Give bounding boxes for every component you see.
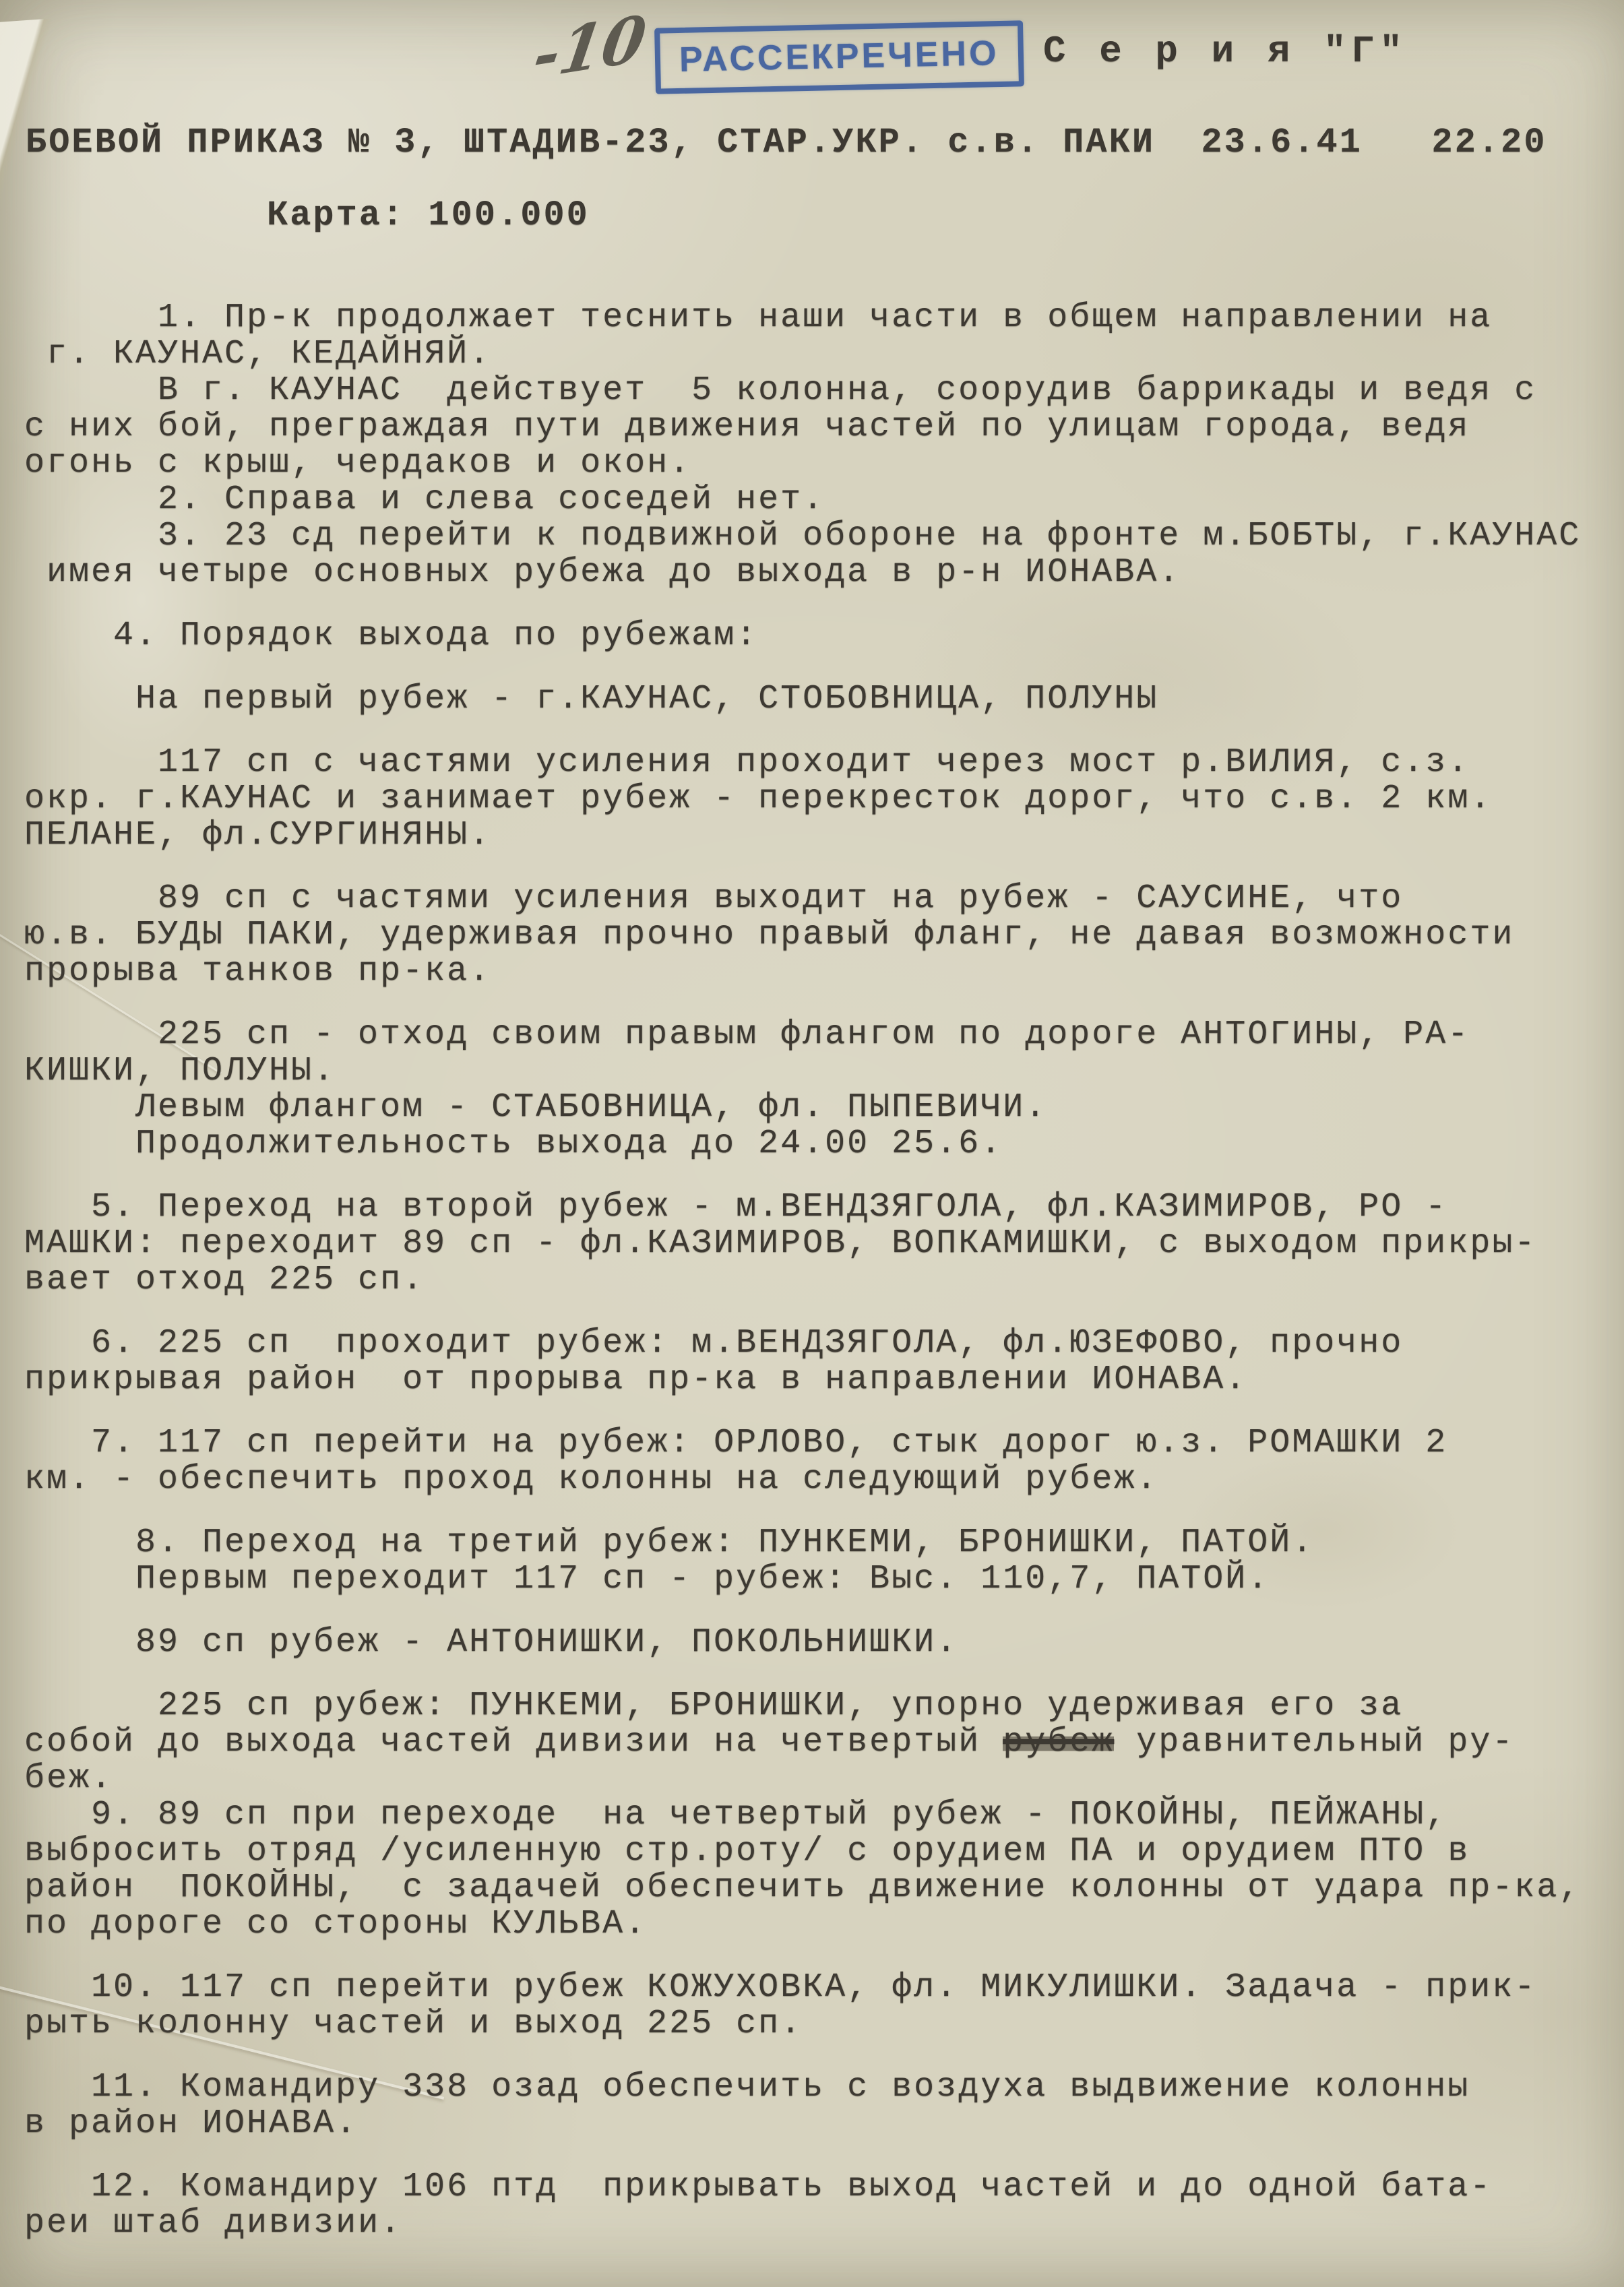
text-line: имея четыре основных рубежа до выхода в …	[24, 555, 1613, 591]
line-text: г. КАУНАС, КЕДАЙНЯЙ.	[46, 335, 491, 373]
line-text: выбросить отряд /усиленную стр.роту/ с о…	[24, 1832, 1470, 1871]
line-text: км. - обеспечить проход колонны на следу…	[24, 1460, 1158, 1499]
line-text: 9. 89 сп при переходе на четвертый рубеж…	[91, 1796, 1447, 1834]
line-text: Первым переходит 117 сп - рубеж: Выс. 11…	[135, 1560, 1270, 1598]
line-text: 225 сп рубеж: ПУНКЕМИ, БРОНИШКИ, упорно …	[158, 1687, 1403, 1725]
text-line: 3. 23 сд перейти к подвижной обороне на …	[24, 518, 1613, 555]
line-text: район ПОКОЙНЫ, с задачей обеспечить движ…	[24, 1869, 1581, 1907]
text-line: 225 сп рубеж: ПУНКЕМИ, БРОНИШКИ, упорно …	[24, 1688, 1613, 1724]
line-text: вает отход 225 сп.	[24, 1261, 425, 1299]
text-line: 5. Переход на второй рубеж - м.ВЕНДЗЯГОЛ…	[24, 1189, 1613, 1226]
text-line: огонь с крыш, чердаков и окон.	[24, 445, 1613, 482]
text-line: 9. 89 сп при переходе на четвертый рубеж…	[24, 1797, 1613, 1834]
line-text: 8. Переход на третий рубеж: ПУНКЕМИ, БРО…	[135, 1524, 1314, 1562]
line-text: На первый рубеж - г.КАУНАС, СТОБОВНИЦА, …	[135, 680, 1158, 718]
line-text: Продолжительность выхода до 24.00 25.6.	[135, 1125, 1003, 1163]
text-line: Первым переходит 117 сп - рубеж: Выс. 11…	[24, 1561, 1613, 1598]
line-text: имея четыре основных рубежа до выхода в …	[46, 553, 1181, 592]
text-line: 89 сп рубеж - АНТОНИШКИ, ПОКОЛЬНИШКИ.	[24, 1625, 1613, 1661]
text-line: 7. 117 сп перейти на рубеж: ОРЛОВО, стык…	[24, 1425, 1613, 1462]
declassified-stamp-label: РАССЕКРЕЧЕНО	[679, 34, 999, 80]
handwritten-page-number: -10	[528, 1, 651, 94]
text-line: вает отход 225 сп.	[24, 1262, 1613, 1298]
text-line: г. КАУНАС, КЕДАЙНЯЙ.	[24, 336, 1613, 373]
line-text: 2. Справа и слева соседей нет.	[158, 480, 825, 519]
text-line: прорыва танков пр-ка.	[24, 953, 1613, 990]
line-text: КИШКИ, ПОЛУНЫ.	[24, 1052, 336, 1090]
line-text: 5. Переход на второй рубеж - м.ВЕНДЗЯГОЛ…	[91, 1188, 1447, 1226]
line-text: 10. 117 сп перейти рубеж КОЖУХОВКА, фл. …	[91, 1968, 1536, 2007]
line-text: прикрывая район от прорыва пр-ка в напра…	[24, 1360, 1247, 1399]
torn-corner	[0, 17, 88, 226]
text-line: ПЕЛАНЕ, фл.СУРГИНЯНЫ.	[24, 817, 1613, 854]
series-label: С е р и я "Г"	[1043, 30, 1408, 73]
text-line: реи штаб дивизии.	[24, 2205, 1613, 2242]
line-text: 7. 117 сп перейти на рубеж: ОРЛОВО, стык…	[91, 1424, 1447, 1462]
line-text: 12. Командиру 106 птд прикрывать выход ч…	[91, 2168, 1492, 2206]
text-line: 89 сп с частями усиления выходит на рубе…	[24, 881, 1613, 917]
text-line: 10. 117 сп перейти рубеж КОЖУХОВКА, фл. …	[24, 1970, 1613, 2006]
line-text: 11. Командиру 338 озад обеспечить с возд…	[91, 2068, 1470, 2106]
text-line: район ПОКОЙНЫ, с задачей обеспечить движ…	[24, 1870, 1613, 1906]
line-text: реи штаб дивизии.	[24, 2204, 402, 2243]
text-line: 8. Переход на третий рубеж: ПУНКЕМИ, БРО…	[24, 1525, 1613, 1561]
line-text: ПЕЛАНЕ, фл.СУРГИНЯНЫ.	[24, 816, 491, 854]
text-line: 225 сп - отход своим правым флангом по д…	[24, 1017, 1613, 1053]
text-line: окр. г.КАУНАС и занимает рубеж - перекре…	[24, 781, 1613, 817]
text-line: 2. Справа и слева соседей нет.	[24, 482, 1613, 518]
text-line: в район ИОНАВА.	[24, 2106, 1613, 2142]
order-title: БОЕВОЙ ПРИКАЗ № 3, ШТАДИВ-23, СТАР.УКР. …	[26, 123, 1617, 162]
declassified-stamp: РАССЕКРЕЧЕНО	[654, 20, 1024, 94]
text-line: 11. Командиру 338 озад обеспечить с возд…	[24, 2069, 1613, 2106]
text-line: 4. Порядок выхода по рубежам:	[24, 618, 1613, 654]
line-text: уравнительный ру-	[1114, 1723, 1514, 1761]
text-line: с них бой, преграждая пути движения част…	[24, 409, 1613, 445]
text-line: 12. Командиру 106 птд прикрывать выход ч…	[24, 2169, 1613, 2205]
text-line: Левым флангом - СТАБОВНИЦА, фл. ПЫПЕВИЧИ…	[24, 1090, 1613, 1126]
line-text: прорыва танков пр-ка.	[24, 952, 491, 991]
line-text: В г. КАУНАС действует 5 колонна, сооруди…	[158, 371, 1536, 410]
text-line: 6. 225 сп проходит рубеж: м.ВЕНДЗЯГОЛА, …	[24, 1325, 1613, 1362]
line-text: МАШКИ: переходит 89 сп - фл.КАЗИМИРОВ, В…	[24, 1224, 1536, 1263]
line-text: собой до выхода частей дивизии на четвер…	[24, 1723, 1003, 1761]
text-line: беж.	[24, 1761, 1613, 1797]
text-line: МАШКИ: переходит 89 сп - фл.КАЗИМИРОВ, В…	[24, 1226, 1613, 1262]
line-text: Левым флангом - СТАБОВНИЦА, фл. ПЫПЕВИЧИ…	[135, 1088, 1047, 1127]
text-line: собой до выхода частей дивизии на четвер…	[24, 1724, 1613, 1761]
text-line: рыть колонну частей и выход 225 сп.	[24, 2006, 1613, 2042]
line-text: по дороге со стороны КУЛЬВА.	[24, 1905, 647, 1943]
struck-word: рубеж	[1003, 1723, 1114, 1761]
document-body: 1. Пр-к продолжает теснить наши части в …	[0, 300, 1624, 2242]
text-line: ю.в. БУДЫ ПАКИ, удерживая прочно правый …	[24, 917, 1613, 953]
line-text: рыть колонну частей и выход 225 сп.	[24, 2005, 803, 2043]
document-page: -10 РАССЕКРЕЧЕНО С е р и я "Г" БОЕВОЙ ПР…	[0, 0, 1624, 2287]
line-text: 225 сп - отход своим правым флангом по д…	[158, 1015, 1470, 1054]
line-text: 1. Пр-к продолжает теснить наши части в …	[158, 299, 1492, 337]
text-line: КИШКИ, ПОЛУНЫ.	[24, 1053, 1613, 1090]
text-line: 117 сп с частями усиления проходит через…	[24, 745, 1613, 781]
line-text: 89 сп с частями усиления выходит на рубе…	[158, 879, 1403, 918]
text-line: Продолжительность выхода до 24.00 25.6.	[24, 1126, 1613, 1162]
map-scale-label: Карта: 100.000	[267, 195, 590, 235]
line-text: 4. Порядок выхода по рубежам:	[113, 617, 758, 655]
text-line: 1. Пр-к продолжает теснить наши части в …	[24, 300, 1613, 336]
line-text: 117 сп с частями усиления проходит через…	[158, 743, 1470, 782]
text-line: В г. КАУНАС действует 5 колонна, сооруди…	[24, 373, 1613, 409]
text-line: выбросить отряд /усиленную стр.роту/ с о…	[24, 1834, 1613, 1870]
line-text: ю.в. БУДЫ ПАКИ, удерживая прочно правый …	[24, 916, 1514, 954]
line-text: 89 сп рубеж - АНТОНИШКИ, ПОКОЛЬНИШКИ.	[135, 1623, 958, 1662]
line-text: 3. 23 сд перейти к подвижной обороне на …	[158, 517, 1581, 555]
line-text: окр. г.КАУНАС и занимает рубеж - перекре…	[24, 780, 1492, 818]
line-text: в район ИОНАВА.	[24, 2104, 358, 2143]
text-line: км. - обеспечить проход колонны на следу…	[24, 1462, 1613, 1498]
text-line: по дороге со стороны КУЛЬВА.	[24, 1906, 1613, 1943]
line-text: 6. 225 сп проходит рубеж: м.ВЕНДЗЯГОЛА, …	[91, 1324, 1403, 1362]
line-text: с них бой, преграждая пути движения част…	[24, 408, 1470, 446]
text-line: На первый рубеж - г.КАУНАС, СТОБОВНИЦА, …	[24, 681, 1613, 718]
line-text: беж.	[24, 1759, 113, 1798]
line-text: огонь с крыш, чердаков и окон.	[24, 444, 691, 482]
text-line: прикрывая район от прорыва пр-ка в напра…	[24, 1362, 1613, 1398]
